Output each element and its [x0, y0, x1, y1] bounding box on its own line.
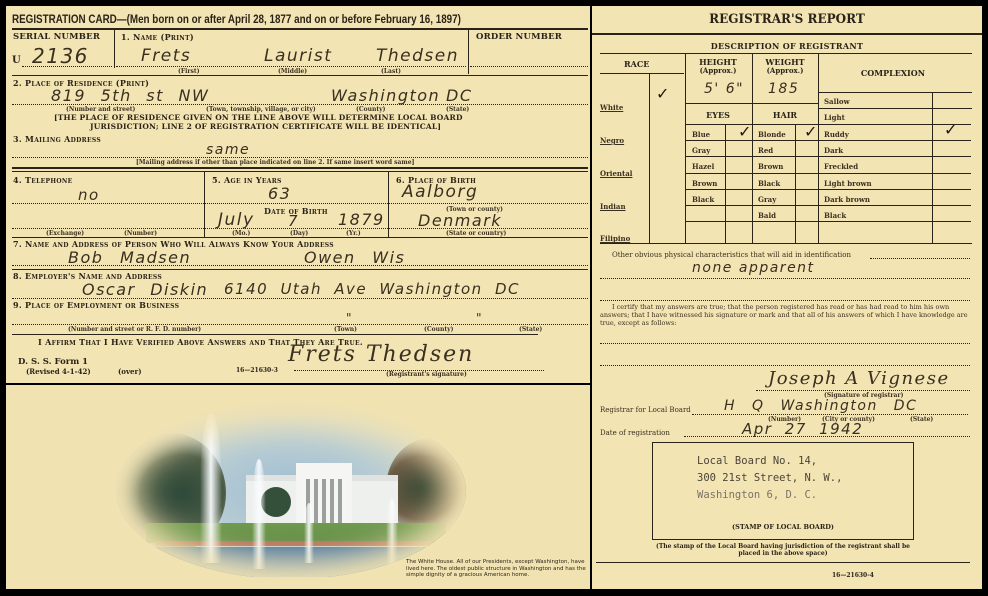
height-value: 5' 6"	[704, 81, 744, 97]
registrars-report: REGISTRAR'S REPORT DESCRIPTION OF REGIST…	[592, 6, 982, 589]
local-board-stamp: Local Board No. 14, 300 21st Street, N. …	[652, 442, 914, 540]
weight-value: 185	[768, 81, 799, 97]
stamp-line-2: 300 21st Street, N. W.,	[697, 470, 842, 487]
employment-state-caption: (State)	[519, 326, 542, 333]
serial-number-value: 2136	[32, 44, 89, 68]
employment-place-label: 9. Place of Employment or Business	[13, 300, 179, 310]
right-print-code: 16—21630-4	[832, 572, 874, 579]
last-name-value: Thedsen	[376, 46, 459, 66]
dob-year: 1879	[338, 210, 385, 229]
telephone-label: 4. Telephone	[13, 175, 73, 185]
number-caption: (Number)	[124, 230, 157, 237]
employment-town-caption: (Town)	[334, 326, 357, 333]
certification-text: I certify that my answers are true; that…	[600, 303, 972, 327]
race-negro: Negro	[600, 136, 624, 145]
age-value: 63	[268, 184, 291, 203]
complexion-sallow: Sallow	[824, 97, 850, 106]
yr-caption: (Yr.)	[346, 230, 361, 237]
complexion-ruddy-check: ✓	[944, 120, 957, 139]
mailing-value: same	[206, 142, 250, 158]
birth-country-value: Denmark	[418, 211, 502, 230]
eyes-blue-check: ✓	[738, 122, 751, 141]
complexion-dark: Dark	[824, 146, 843, 155]
complexion-black: Black	[824, 211, 846, 220]
hair-bald: Bald	[758, 211, 776, 220]
residence-state-value: DC	[446, 86, 473, 105]
employment-county-value: "	[476, 311, 483, 325]
eyes-header: EYES	[685, 110, 751, 120]
registration-card: REGISTRATION CARD—(Men born on or after …	[6, 6, 590, 383]
race-white-check: ✓	[656, 84, 669, 103]
birth-country-caption: (State or country)	[446, 230, 506, 237]
eyes-black: Black	[692, 195, 714, 204]
town-caption: (Town, township, village, or city)	[206, 106, 316, 113]
day-caption: (Day)	[290, 230, 308, 237]
order-number-label: ORDER NUMBER	[476, 32, 562, 42]
race-header: RACE	[624, 59, 649, 69]
white-house-image	[116, 403, 466, 579]
hair-blonde: Blonde	[758, 130, 786, 139]
other-characteristics-value: none apparent	[692, 260, 815, 276]
residence-notice-1: [THE PLACE OF RESIDENCE GIVEN ON THE LIN…	[54, 113, 463, 122]
exchange-caption: (Exchange)	[46, 230, 84, 237]
mailing-label: 3. Mailing Address	[13, 134, 101, 144]
dob-day: 7	[288, 212, 299, 230]
hair-header: HAIR	[752, 110, 818, 120]
mo-caption: (Mo.)	[232, 230, 250, 237]
employer-name-value: Oscar Diskin	[82, 280, 208, 299]
hair-red: Red	[758, 146, 773, 155]
form-id: D. S. S. Form 1	[18, 357, 88, 367]
mailing-caption: [Mailing address if other than place ind…	[136, 159, 414, 166]
other-characteristics-label: Other obvious physical characteristics t…	[612, 251, 851, 259]
middle-name-value: Laurist	[264, 46, 332, 66]
photo-caption: The White House. All of our Presidents, …	[406, 559, 586, 579]
residence-notice-2: JURISDICTION; LINE 2 OF REGISTRATION CER…	[90, 122, 441, 131]
complexion-light: Light	[824, 113, 845, 122]
residence-street-value: 819 5th st NW	[51, 86, 209, 105]
state-caption: (State)	[446, 106, 469, 113]
telephone-value: no	[78, 186, 100, 204]
street-caption: (Number and street)	[66, 106, 135, 113]
stamp-line-1: Local Board No. 14,	[697, 453, 817, 470]
race-white: White	[600, 103, 623, 112]
dob-month: July	[218, 210, 255, 230]
registration-date-label: Date of registration	[600, 429, 670, 437]
county-caption: (County)	[356, 106, 385, 113]
report-subtitle: DESCRIPTION OF REGISTRANT	[592, 41, 982, 51]
middle-caption: (Middle)	[278, 68, 307, 75]
complexion-ruddy: Ruddy	[824, 130, 849, 139]
registrant-signature: Frets Thedsen	[288, 342, 474, 367]
employment-town-value: "	[346, 311, 353, 325]
serial-number-label: SERIAL NUMBER	[13, 32, 100, 42]
draft-card-scan: REGISTRATION CARD—(Men born on or after …	[0, 0, 988, 596]
employer-address-value: 6140 Utah Ave Washington DC	[224, 280, 520, 298]
over-text: (over)	[118, 367, 142, 376]
race-indian: Indian	[600, 202, 626, 211]
first-caption: (First)	[178, 68, 200, 75]
registrar-board-value: H Q Washington DC	[724, 398, 917, 414]
race-oriental: Oriental	[600, 169, 632, 178]
hair-brown: Brown	[758, 162, 783, 171]
hair-black: Black	[758, 179, 780, 188]
stamp-line-3: Washington 6, D. C.	[697, 487, 817, 504]
complexion-header: COMPLEXION	[818, 68, 968, 78]
employment-county-caption: (County)	[424, 326, 453, 333]
height-sub: (Approx.)	[685, 66, 751, 75]
form-revised: (Revised 4-1-42)	[26, 367, 91, 376]
registrar-signature: Joseph A Vignese	[768, 368, 950, 389]
report-title: REGISTRAR'S REPORT	[592, 12, 982, 27]
weight-sub: (Approx.)	[752, 66, 818, 75]
first-name-value: Frets	[141, 46, 191, 66]
eyes-brown: Brown	[692, 179, 717, 188]
complexion-freckled: Freckled	[824, 162, 858, 171]
name-label: 1. Name (Print)	[121, 32, 194, 42]
residence-city-value: Washington	[331, 86, 440, 105]
registrar-board-label: Registrar for Local Board	[600, 406, 691, 414]
card-title: REGISTRATION CARD—(Men born on or after …	[12, 12, 461, 26]
complexion-dark-brown: Dark brown	[824, 195, 870, 204]
complexion-light-brown: Light brown	[824, 179, 872, 188]
last-caption: (Last)	[381, 68, 401, 75]
birth-town-value: Aalborg	[402, 182, 478, 202]
eyes-blue: Blue	[692, 130, 710, 139]
serial-prefix: U	[12, 55, 21, 66]
race-filipino: Filipino	[600, 234, 630, 243]
board-state-caption: (State)	[910, 416, 933, 423]
stamp-caption: (STAMP OF LOCAL BOARD)	[653, 523, 913, 531]
employment-street-caption: (Number and street or R. F. D. number)	[68, 326, 201, 333]
hair-gray: Gray	[758, 195, 776, 204]
stamp-note: (The stamp of the Local Board having jur…	[648, 543, 918, 557]
signature-caption: (Registrant's signature)	[386, 371, 467, 378]
hair-blonde-check: ✓	[804, 122, 817, 141]
left-print-code: 16—21630-3	[236, 367, 278, 374]
eyes-gray: Gray	[692, 146, 710, 155]
white-house-photo-panel: The White House. All of our Presidents, …	[6, 385, 590, 589]
eyes-hazel: Hazel	[692, 162, 714, 171]
